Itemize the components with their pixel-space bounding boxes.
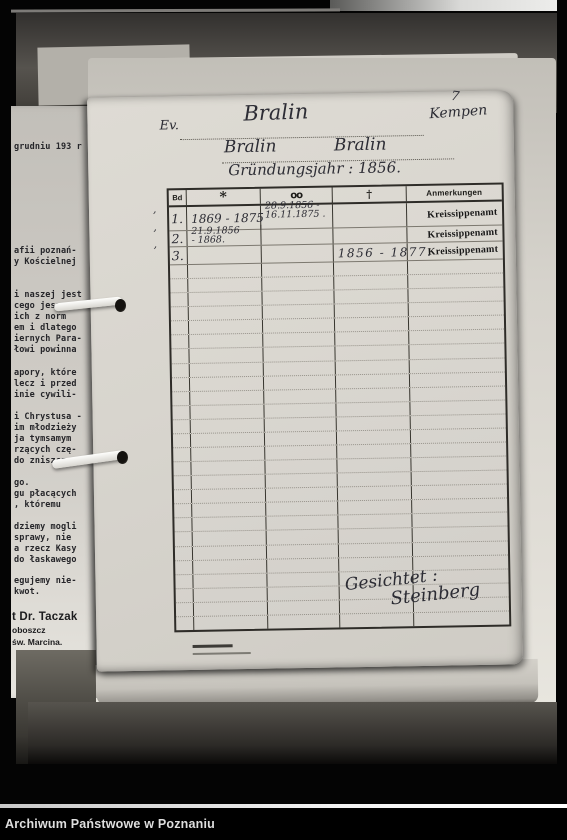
- cell-marriage: [261, 228, 333, 244]
- table-cell: [410, 400, 505, 415]
- table-cell: [174, 518, 192, 531]
- place-handwriting-right: Bralin: [334, 135, 387, 156]
- table-cell: [194, 602, 268, 616]
- handwritten-entry: 16.11.1875 .: [265, 210, 326, 220]
- typed-paragraph: grudniu 193 r: [14, 142, 96, 153]
- table-cell: [176, 617, 194, 630]
- table-cell: [172, 406, 190, 419]
- cell-bd: 2.: [169, 231, 187, 246]
- archive-caption: Archiwum Państwowe w Poznaniu: [5, 817, 215, 831]
- table-cell: [175, 561, 193, 574]
- table-cell: [193, 573, 267, 587]
- table-cell: [189, 320, 263, 334]
- signature-name: t Dr. Taczak: [12, 611, 96, 623]
- header-notes: Anmerkungen: [407, 185, 502, 202]
- table-cell: [338, 472, 412, 486]
- table-cell: [194, 616, 268, 630]
- table-cell: [267, 572, 339, 586]
- table-cell: [410, 372, 505, 387]
- table-cell: [336, 388, 410, 402]
- punch-hole: [117, 451, 128, 464]
- table-cell: [171, 321, 189, 334]
- table-cell: [268, 586, 340, 600]
- table-cell: [266, 488, 338, 502]
- table-cell: [176, 589, 194, 602]
- dotted-field-line: [180, 135, 424, 140]
- table-cell: [263, 319, 335, 333]
- table-cell: [189, 334, 263, 348]
- table-cell: [410, 358, 505, 373]
- table-cell: [175, 547, 193, 560]
- cell-bd: 3.: [170, 247, 188, 264]
- table-cell: [268, 600, 340, 614]
- table-cell: [188, 278, 262, 292]
- typed-signature-block: t Dr. Taczak oboszcz św. Marcina.: [12, 611, 96, 647]
- typed-line: em i dlatego: [14, 323, 96, 334]
- table-cell: [170, 293, 188, 306]
- table-cell: [337, 430, 411, 444]
- table-cell: [193, 531, 267, 545]
- typed-line: iernych Para-: [14, 334, 96, 345]
- cell-bd: 1.: [169, 207, 187, 230]
- photo-frame-left: [0, 0, 11, 808]
- table-cell: [190, 362, 264, 376]
- kreissippenamt-stamp: Kreissippenamt: [427, 244, 498, 258]
- header-birth-symbol: *: [187, 189, 261, 205]
- table-cell: [265, 445, 337, 459]
- cell-marriage: [262, 244, 334, 262]
- table-cell: [189, 306, 263, 320]
- table-cell: [412, 485, 507, 500]
- typed-line: grudniu 193 r: [14, 142, 96, 153]
- district-handwriting: Kempen: [429, 102, 488, 122]
- table-cell: [267, 530, 339, 544]
- table-cell: [338, 500, 412, 514]
- table-cell: [412, 471, 507, 486]
- typed-line: dziemy mogli: [14, 522, 96, 533]
- table-cell: [336, 374, 410, 388]
- parish-name-handwriting: Bralin: [243, 99, 309, 125]
- typed-line: go.: [14, 478, 96, 489]
- table-cell: [264, 389, 336, 403]
- table-cell: [412, 499, 507, 514]
- table-cell: [170, 279, 188, 292]
- pencil-tick: ,: [153, 203, 157, 216]
- table-cell: [172, 378, 190, 391]
- table-cell: [189, 348, 263, 362]
- table-cell: [340, 613, 414, 627]
- table-cell: [335, 346, 409, 360]
- table-cell: [266, 474, 338, 488]
- table-cell: [263, 347, 335, 361]
- table-cell: [414, 611, 509, 626]
- table-cell: [171, 307, 189, 320]
- table-cell: [262, 277, 334, 291]
- page-number: 7: [450, 89, 460, 105]
- table-cell: [334, 275, 408, 289]
- table-cell: [190, 376, 264, 390]
- table-cell: [171, 349, 189, 362]
- table-cell: [409, 316, 504, 331]
- table-cell: [175, 532, 193, 545]
- typed-line: apory, które: [14, 368, 96, 379]
- table-cell: [337, 458, 411, 472]
- typed-line: kwot.: [14, 587, 96, 598]
- table-cell: [262, 262, 334, 276]
- typed-line: afii poznań-: [14, 246, 96, 257]
- table-cell: [339, 543, 413, 557]
- table-cell: [336, 402, 410, 416]
- table-cell: [411, 457, 506, 472]
- table-cell: [193, 545, 267, 559]
- table-cell: [266, 502, 338, 516]
- table-cell: [266, 516, 338, 530]
- desk-surface: [28, 702, 567, 764]
- confession-label: Ev.: [159, 118, 179, 133]
- table-cell: [191, 447, 265, 461]
- table-cell: [190, 390, 264, 404]
- typed-line: im młodzieży: [14, 423, 96, 434]
- cell-death: [333, 203, 407, 227]
- table-cell: [339, 529, 413, 543]
- table-cell: [338, 486, 412, 500]
- table-cell: [413, 527, 508, 542]
- table-cell: [335, 303, 409, 317]
- typed-line: ja tymsamym: [14, 434, 96, 445]
- typed-line: ich z norm: [14, 312, 96, 323]
- table-cell: [191, 433, 265, 447]
- table-cell: [193, 559, 267, 573]
- kreissippenamt-stamp: Kreissippenamt: [427, 227, 498, 241]
- handwritten-entry: 3.: [172, 250, 184, 262]
- table-cell: [411, 443, 506, 458]
- table-cell: [264, 403, 336, 417]
- printer-imprint-line: [193, 652, 251, 655]
- table-cell: [409, 344, 504, 359]
- handwritten-entry: 2.: [171, 233, 183, 245]
- punch-hole: [115, 299, 126, 312]
- pencil-tick: ,: [153, 221, 157, 234]
- register-form-page: Ev. Bralin Kempen 7 Bralin Bralin Gründu…: [87, 90, 523, 671]
- table-cell: [172, 364, 190, 377]
- typed-line: łowi powinna: [14, 345, 96, 356]
- typed-line: sprawy, nie: [14, 533, 96, 544]
- typed-line: a rzecz Kasy: [14, 544, 96, 555]
- cell-birth: [188, 246, 262, 264]
- table-cell: [335, 317, 409, 331]
- table-cell: [192, 475, 266, 489]
- table-cell: [264, 375, 336, 389]
- typed-line: rzących czę-: [14, 445, 96, 456]
- pencil-tick: ,: [153, 238, 157, 251]
- place-handwriting-left: Bralin: [224, 136, 277, 157]
- handwritten-entry: 1.: [171, 213, 183, 225]
- typed-paragraph: egujemy nie-kwot.: [14, 576, 96, 598]
- table-cell: [192, 503, 266, 517]
- typed-line: egujemy nie-: [14, 576, 96, 587]
- table-cell: [173, 462, 191, 475]
- table-cell: [267, 544, 339, 558]
- table-cell: [262, 291, 334, 305]
- table-cell: [172, 392, 190, 405]
- table-cell: [190, 404, 264, 418]
- typed-paragraph: afii poznań-y Kościelnej: [14, 246, 96, 268]
- typed-line: gu płacących: [14, 489, 96, 500]
- table-cell: [409, 330, 504, 345]
- table-cell: [334, 261, 408, 275]
- table-cell: [337, 416, 411, 430]
- cell-death: 1856 - 1877.: [334, 243, 408, 261]
- table-cell: [174, 476, 192, 489]
- table-cell: [335, 332, 409, 346]
- typed-paragraph: dziemy moglisprawy, niea rzecz Kasydo ła…: [14, 522, 96, 566]
- table-cell: [173, 434, 191, 447]
- cell-notes: Kreissippenamt: [407, 226, 502, 243]
- table-cell: [264, 361, 336, 375]
- table-cell: [265, 417, 337, 431]
- table-cell: [413, 541, 508, 556]
- table-cell: [192, 489, 266, 503]
- typed-paragraph: apory, którelecz i przedinie cywili-: [14, 368, 96, 401]
- table-cell: [409, 302, 504, 317]
- photo-top-edge-highlight: [330, 0, 567, 11]
- cell-notes: Kreissippenamt: [408, 242, 503, 261]
- table-cell: [336, 360, 410, 374]
- typed-line: , któremu: [14, 500, 96, 511]
- caption-bar: Archiwum Państwowe w Poznaniu: [0, 808, 567, 840]
- photo-frame-right: [557, 0, 567, 808]
- handwritten-entry: 1869 - 1875: [191, 211, 264, 224]
- table-cell: [334, 289, 408, 303]
- header-bd: Bd: [169, 190, 187, 205]
- table-cell: [265, 460, 337, 474]
- table-cell: [175, 575, 193, 588]
- signature-parish: św. Marcina.: [12, 637, 96, 647]
- typed-line: i Chrystusa -: [14, 412, 96, 423]
- printer-imprint-line: [193, 644, 233, 648]
- typed-line: do łaskawego: [14, 555, 96, 566]
- table-cell: [412, 513, 507, 528]
- typed-letter-page: t Dr. Taczak oboszcz św. Marcina. grudni…: [10, 106, 98, 698]
- cell-notes: Kreissippenamt: [407, 202, 502, 227]
- typed-text: t Dr. Taczak oboszcz św. Marcina. grudni…: [10, 106, 98, 698]
- table-cell: [174, 504, 192, 517]
- table-cell: [173, 448, 191, 461]
- typed-line: y Kościelnej: [14, 257, 96, 268]
- table-cell: [265, 431, 337, 445]
- table-cell: [191, 419, 265, 433]
- typed-line: lecz i przed: [14, 379, 96, 390]
- cell-death: [333, 227, 407, 243]
- table-cell: [173, 420, 191, 433]
- kreissippenamt-stamp: Kreissippenamt: [426, 207, 497, 221]
- table-cell: [408, 274, 503, 289]
- table-cell: [188, 264, 262, 278]
- table-cell: [170, 265, 188, 278]
- table-cell: [171, 335, 189, 348]
- table-cell: [174, 490, 192, 503]
- table-cell: [192, 517, 266, 531]
- typed-paragraph: go.gu płacących, któremu: [14, 478, 96, 511]
- table-cell: [194, 587, 268, 601]
- signature-title: oboszcz: [12, 625, 96, 635]
- table-cell: [408, 260, 503, 275]
- founding-year-handwriting: Gründungsjahr : 1856.: [228, 158, 401, 179]
- handwritten-entry: - 1868.: [191, 235, 225, 245]
- table-cell: [411, 414, 506, 429]
- header-death-symbol: †: [333, 186, 407, 202]
- table-cell: [176, 603, 194, 616]
- table-cell: [337, 444, 411, 458]
- table-cell: [408, 288, 503, 303]
- table-cell: [410, 386, 505, 401]
- typed-line: inie cywili-: [14, 390, 96, 401]
- table-cell: [411, 428, 506, 443]
- table-cell: [263, 305, 335, 319]
- cell-marriage: 28.9.1856 -16.11.1875 .: [261, 200, 333, 228]
- cell-birth: 21.9.1856- 1868.: [187, 225, 261, 246]
- table-cell: [268, 614, 340, 628]
- table-cell: [338, 515, 412, 529]
- table-cell: [191, 461, 265, 475]
- table-cell: [188, 292, 262, 306]
- table-cell: [263, 333, 335, 347]
- photo-top-edge-line: [8, 8, 340, 12]
- table-cell: [267, 558, 339, 572]
